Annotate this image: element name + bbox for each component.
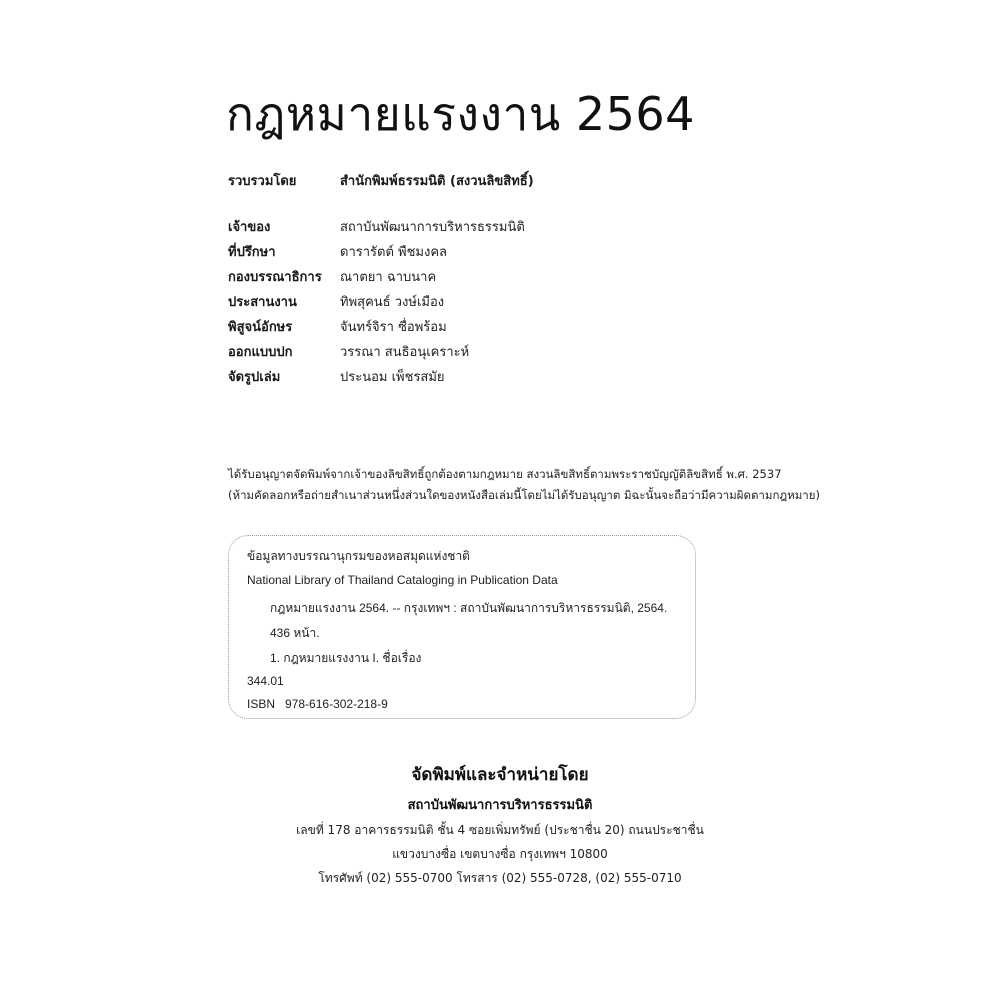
compiled-by-row: รวบรวมโดย สำนักพิมพ์ธรรมนิติ (สงวนลิขสิท…	[228, 170, 534, 191]
publisher-address-2: แขวงบางซื่อ เขตบางซื่อ กรุงเทพฯ 10800	[228, 842, 772, 866]
cip-data-box: ข้อมูลทางบรรณานุกรมของหอสมุดแห่งชาติ Nat…	[228, 535, 696, 719]
cip-heading-english: National Library of Thailand Cataloging …	[247, 572, 558, 588]
cip-heading-thai: ข้อมูลทางบรรณานุกรมของหอสมุดแห่งชาติ	[247, 548, 470, 564]
credit-row-cover-design: ออกแบบปก วรรณา สนธิอนุเคราะห์	[228, 340, 525, 365]
page-title: กฎหมายแรงงาน 2564	[226, 84, 695, 144]
cip-subject: 1. กฎหมายแรงงาน I. ชื่อเรื่อง	[270, 650, 421, 666]
credit-row-coordinator: ประสานงาน ทิพสุคนธ์ วงษ์เมือง	[228, 290, 525, 315]
copyright-notice: ได้รับอนุญาตจัดพิมพ์จากเจ้าของลิขสิทธิ์ถ…	[228, 464, 820, 506]
publisher-name: สถาบันพัฒนาการบริหารธรรมนิติ	[228, 794, 772, 818]
credit-row-editorial: กองบรรณาธิการ ณาตยา ฉาบนาค	[228, 265, 525, 290]
publisher-block: จัดพิมพ์และจำหน่ายโดย สถาบันพัฒนาการบริห…	[228, 760, 772, 890]
credit-value: ณาตยา ฉาบนาค	[340, 265, 436, 290]
credit-label: กองบรรณาธิการ	[228, 265, 340, 290]
credit-label: พิสูจน์อักษร	[228, 315, 340, 340]
credit-row-proofreader: พิสูจน์อักษร จันทร์จิรา ซื่อพร้อม	[228, 315, 525, 340]
credit-label: เจ้าของ	[228, 215, 340, 240]
credit-row-advisor: ที่ปรึกษา ดารารัตต์ พืชมงคล	[228, 240, 525, 265]
cip-entry: กฎหมายแรงงาน 2564. -- กรุงเทพฯ : สถาบันพ…	[270, 600, 667, 616]
credit-label: ประสานงาน	[228, 290, 340, 315]
credit-value: จันทร์จิรา ซื่อพร้อม	[340, 315, 447, 340]
cip-pages: 436 หน้า.	[270, 625, 320, 641]
cip-isbn-row: ISBN 978-616-302-218-9	[247, 696, 388, 712]
copyright-line-2: (ห้ามคัดลอกหรือถ่ายสำเนาส่วนหนึ่งส่วนใดข…	[228, 485, 820, 506]
publisher-heading: จัดพิมพ์และจำหน่ายโดย	[228, 760, 772, 790]
credit-label: จัดรูปเล่ม	[228, 365, 340, 390]
cip-classification: 344.01	[247, 673, 284, 689]
credit-row-layout: จัดรูปเล่ม ประนอม เพ็ชรสมัย	[228, 365, 525, 390]
compiled-by-label: รวบรวมโดย	[228, 170, 340, 191]
credit-value: สถาบันพัฒนาการบริหารธรรมนิติ	[340, 215, 525, 240]
credits-list: เจ้าของ สถาบันพัฒนาการบริหารธรรมนิติ ที่…	[228, 215, 525, 390]
publisher-contact: โทรศัพท์ (02) 555-0700 โทรสาร (02) 555-0…	[228, 866, 772, 890]
credit-row-owner: เจ้าของ สถาบันพัฒนาการบริหารธรรมนิติ	[228, 215, 525, 240]
credit-label: ออกแบบปก	[228, 340, 340, 365]
credit-value: ประนอม เพ็ชรสมัย	[340, 365, 445, 390]
publisher-address-1: เลขที่ 178 อาคารธรรมนิติ ชั้น 4 ซอยเพิ่ม…	[228, 818, 772, 842]
cip-isbn-label: ISBN	[247, 697, 275, 711]
copyright-line-1: ได้รับอนุญาตจัดพิมพ์จากเจ้าของลิขสิทธิ์ถ…	[228, 464, 820, 485]
credit-label: ที่ปรึกษา	[228, 240, 340, 265]
cip-isbn-value: 978-616-302-218-9	[285, 697, 388, 711]
credit-value: วรรณา สนธิอนุเคราะห์	[340, 340, 469, 365]
credit-value: ทิพสุคนธ์ วงษ์เมือง	[340, 290, 444, 315]
compiled-by-value: สำนักพิมพ์ธรรมนิติ (สงวนลิขสิทธิ์)	[340, 170, 534, 191]
credit-value: ดารารัตต์ พืชมงคล	[340, 240, 447, 265]
